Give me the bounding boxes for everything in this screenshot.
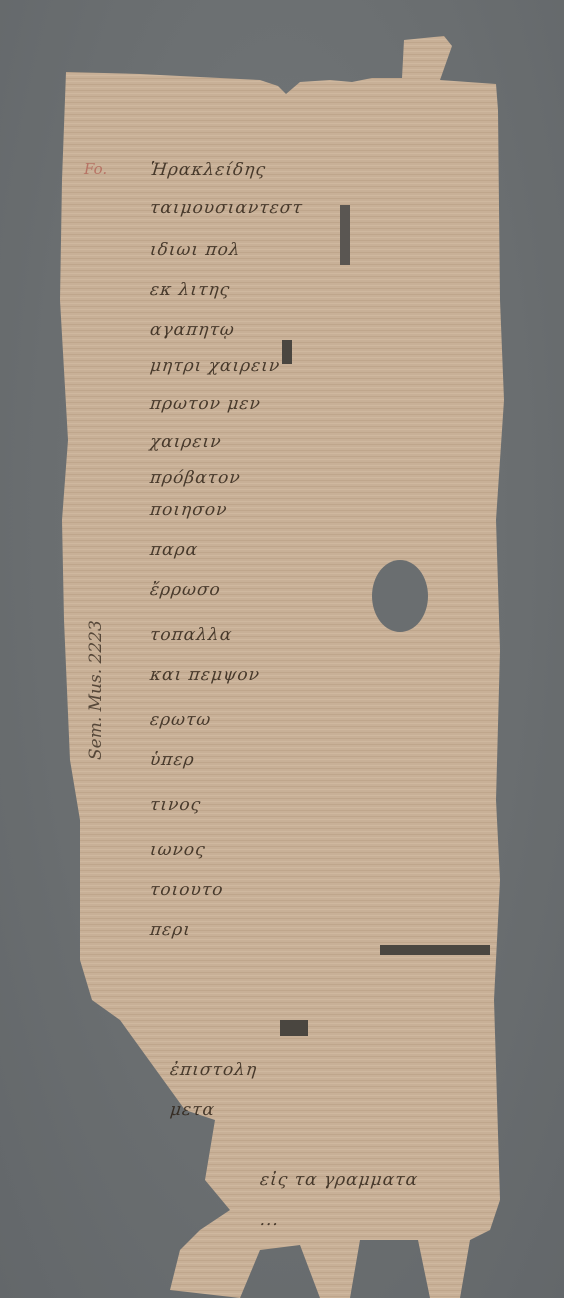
text-line: μετα bbox=[169, 1100, 216, 1120]
text-line: αγαπητῳ bbox=[149, 320, 236, 340]
text-line: μητρι χαιρειν bbox=[149, 356, 281, 376]
text-line: ιδιωι πολ bbox=[149, 240, 242, 260]
text-line: πρωτον μεν bbox=[149, 394, 262, 414]
text-line: εἰς τα γραμματα bbox=[259, 1170, 419, 1190]
text-line: ιωνος bbox=[149, 840, 207, 860]
text-line: ἐπιστολη bbox=[169, 1060, 258, 1080]
text-line: ὑπερ bbox=[149, 750, 196, 770]
text-line: τοιουτο bbox=[149, 880, 225, 900]
text-line: ποιησον bbox=[149, 500, 229, 520]
text-line: χαιρειν bbox=[149, 432, 223, 452]
text-line: περι bbox=[149, 920, 192, 940]
hole bbox=[282, 340, 292, 364]
hole bbox=[340, 205, 350, 265]
papyrus-fragment bbox=[0, 0, 564, 1298]
text-line: πρόβατον bbox=[149, 468, 242, 488]
text-line: εκ λιτης bbox=[149, 280, 231, 300]
text-line: ἔρρωσο bbox=[149, 580, 222, 600]
text-line: ταιμουσιαντεστ bbox=[149, 198, 304, 218]
text-line: παρα bbox=[149, 540, 199, 560]
inventory-number: Sem. Mus. 2223 bbox=[86, 620, 106, 760]
photo-stage: Fo. Sem. Mus. 2223 Ἡρακλείδης ταιμουσιαν… bbox=[0, 0, 564, 1298]
text-line: τινος bbox=[149, 795, 202, 815]
text-line: Ἡρακλείδης bbox=[149, 160, 267, 180]
marginal-note: Fo. bbox=[84, 160, 107, 178]
text-line: ... bbox=[259, 1210, 280, 1230]
text-line: τοπαλλα bbox=[149, 625, 233, 645]
hole bbox=[372, 560, 428, 632]
text-line: ερωτω bbox=[149, 710, 212, 730]
text-line: και πεμψον bbox=[149, 665, 261, 685]
hole bbox=[280, 1020, 308, 1036]
papyrus-body bbox=[60, 36, 504, 1298]
hole bbox=[380, 945, 490, 955]
